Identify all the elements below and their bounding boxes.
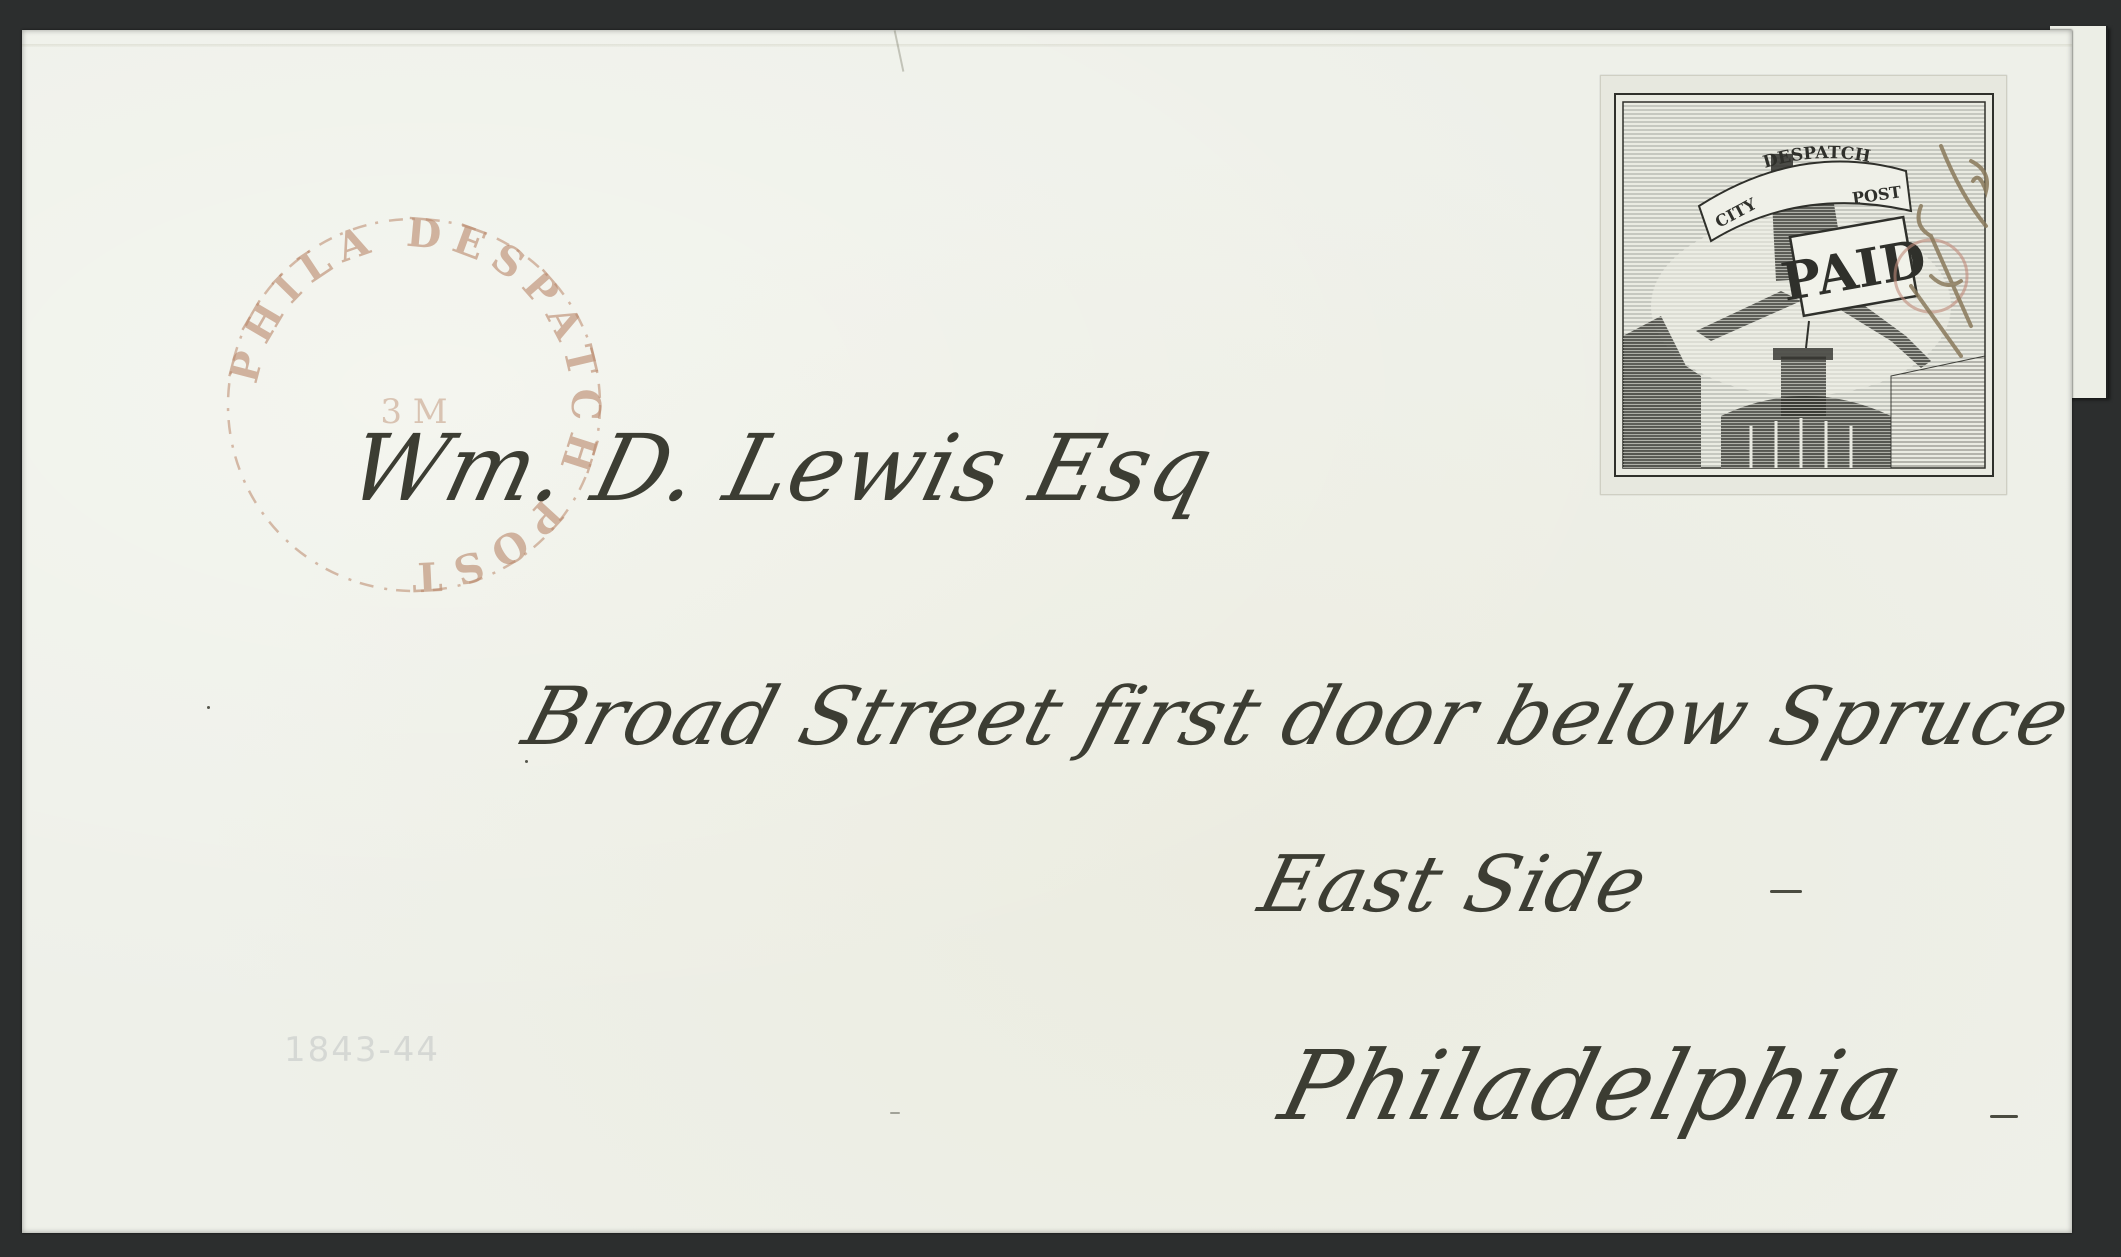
address-line-street: Broad Street first door below Spruce [514,670,2072,763]
top-fold-line [22,44,2072,47]
folded-letter-cover: PHILA DESPATCH POST 3 M [22,30,2072,1233]
paper-speck [207,706,210,709]
svg-text:PHILA DESPATCH POST: PHILA DESPATCH POST [222,213,606,597]
address-line-city: Philadelphia [1270,1030,1915,1142]
postmark-text: PHILA DESPATCH POST [222,213,606,597]
city-despatch-post-stamp: DESPATCH CITY POST PAID [1600,75,2007,495]
address-line-recipient: Wm. D. Lewis Esq [339,415,1224,522]
flourish-dash [1770,890,1802,893]
pencil-notation: 1843-44 [284,1030,440,1070]
address-line-side: East Side [1251,840,1657,930]
flourish-dash [1990,1115,2018,1118]
paper-speck [890,1112,900,1114]
paper-speck [525,760,528,763]
phila-despatch-post-postmark: PHILA DESPATCH POST 3 M [222,213,606,597]
fold-notch [894,30,905,71]
